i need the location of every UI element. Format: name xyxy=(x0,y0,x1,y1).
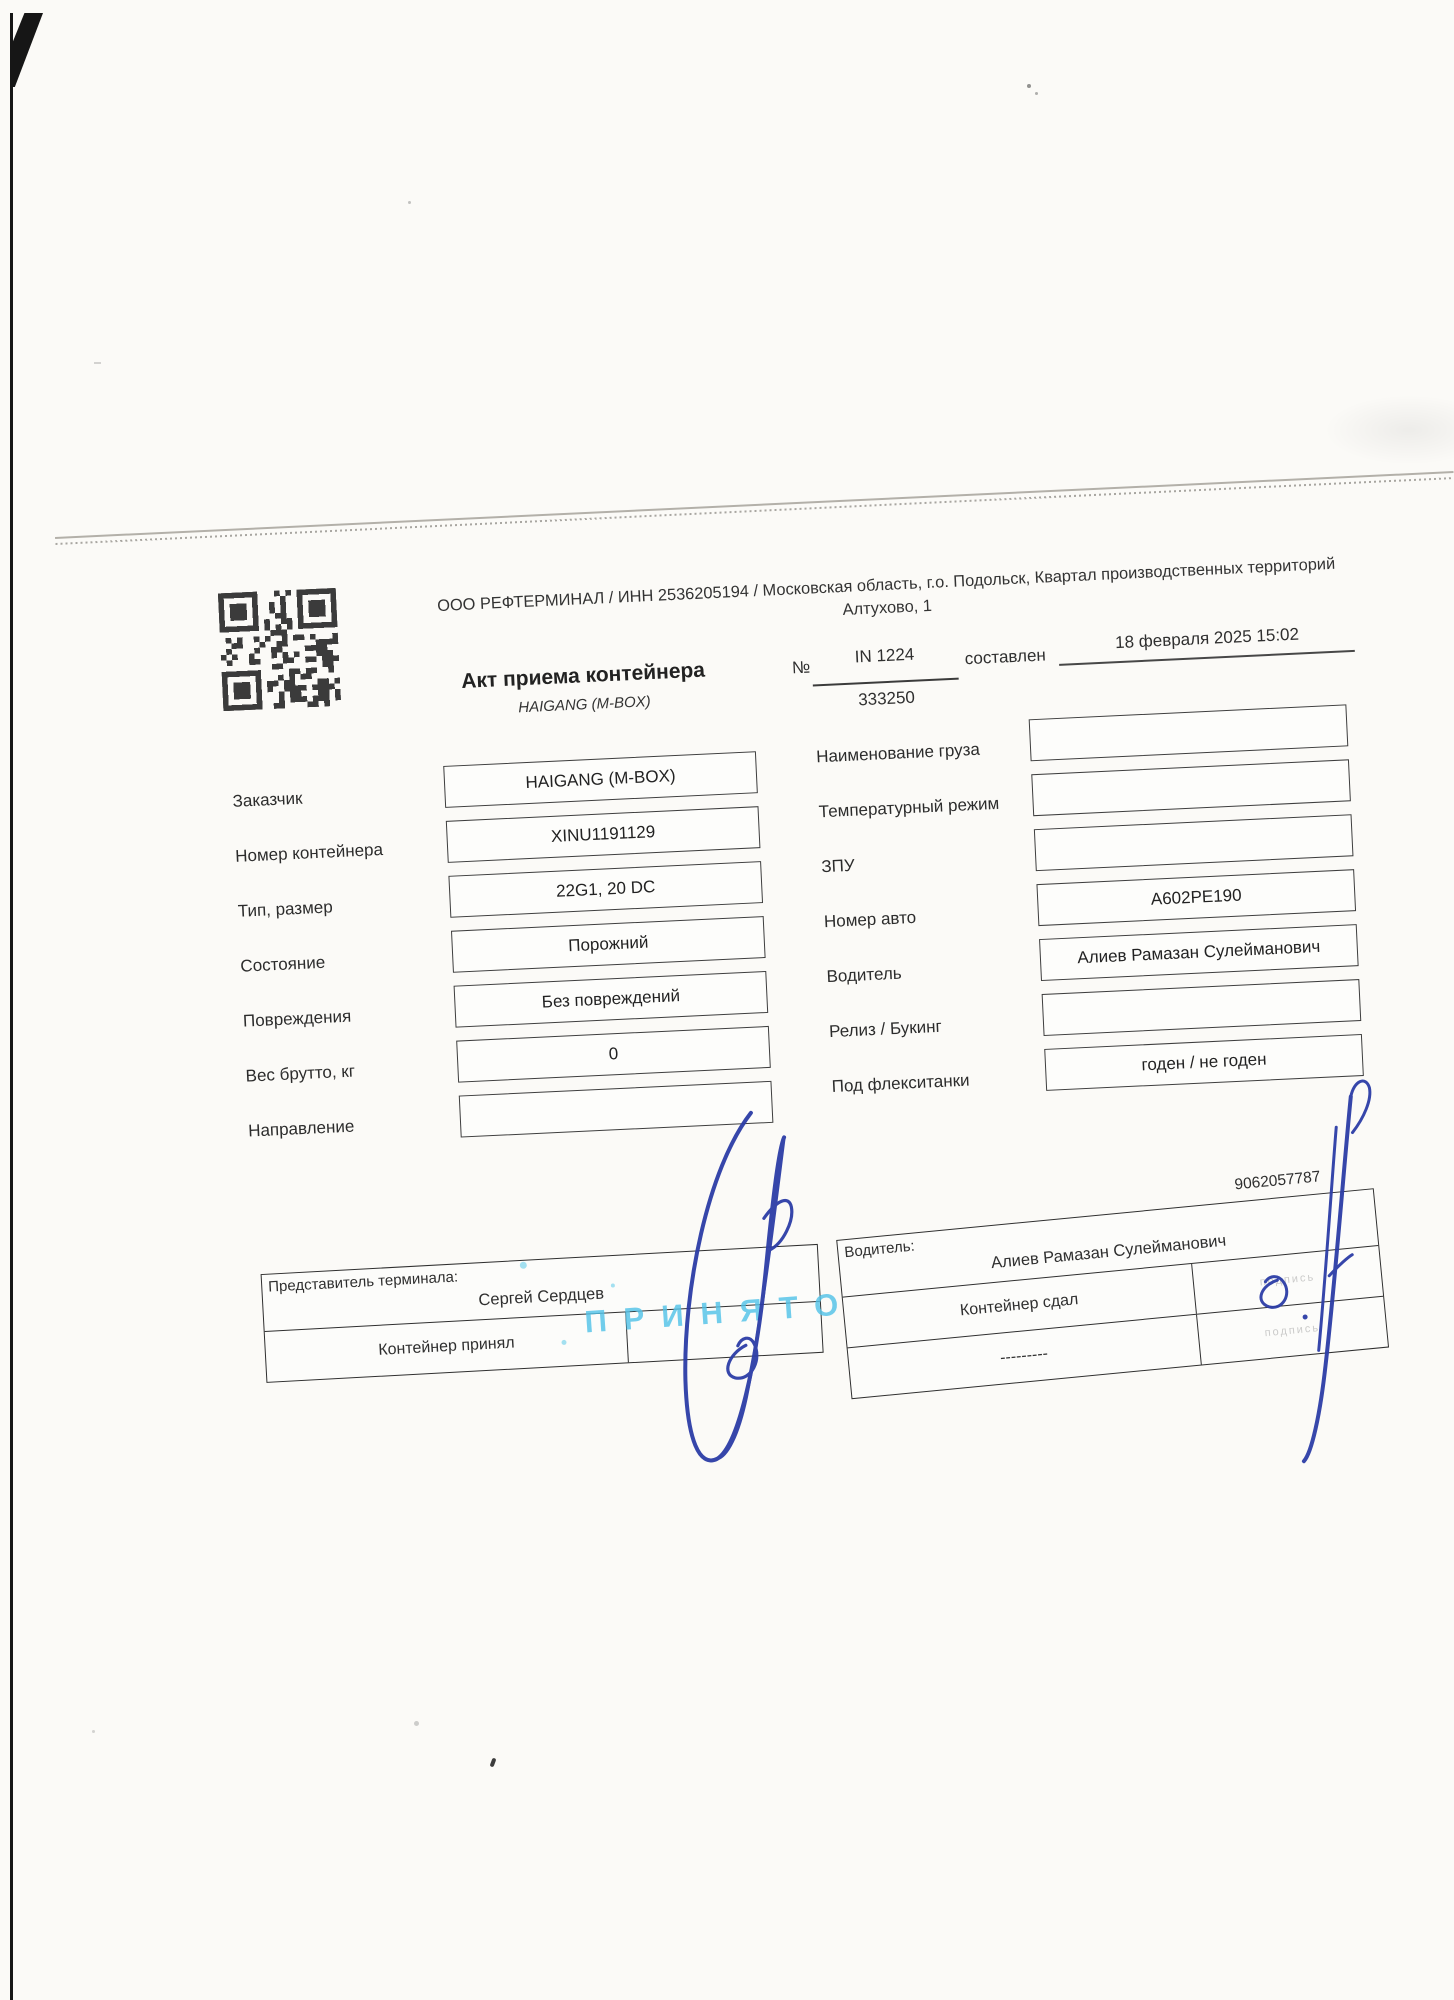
field-label-temperature-mode: Температурный режим xyxy=(818,794,999,822)
field-label-direction: Направление xyxy=(248,1117,355,1142)
title-block: Акт приема контейнера HAIGANG (M-BOX) xyxy=(392,655,776,722)
field-value-driver: Алиев Рамазан Сулейманович xyxy=(1039,924,1359,981)
field-value-seal xyxy=(1034,814,1354,871)
field-value-direction xyxy=(459,1081,774,1138)
signature-stroke xyxy=(1350,1081,1372,1133)
field-value-condition: Порожний xyxy=(451,916,766,973)
scan-speck xyxy=(490,1758,497,1768)
field-value-gross-weight: 0 xyxy=(456,1026,771,1083)
field-label-truck-number: Номер авто xyxy=(824,908,917,932)
field-value-flexitank: годен / не годен xyxy=(1044,1034,1364,1091)
field-value-damages: Без повреждений xyxy=(454,971,769,1028)
field-label-driver: Водитель xyxy=(826,964,902,988)
field-value-temperature-mode xyxy=(1031,759,1351,816)
field-label-type-size: Тип, размер xyxy=(237,897,333,921)
field-label-cargo-name: Наименование груза xyxy=(816,740,981,768)
field-label-flexitank: Под флекситанки xyxy=(831,1071,970,1097)
qr-code xyxy=(218,588,341,711)
field-label-gross-weight: Вес брутто, кг xyxy=(245,1061,355,1086)
field-value-cargo-name xyxy=(1029,704,1349,761)
number-top: IN 1224 xyxy=(819,643,950,669)
field-value-customer: HAIGANG (M-BOX) xyxy=(443,751,758,808)
signature-stroke xyxy=(763,1200,793,1250)
field-label-customer: Заказчик xyxy=(232,789,303,812)
scan-speck xyxy=(94,362,101,364)
field-label-damages: Повреждения xyxy=(243,1007,352,1032)
scanned-document-page: { "doc": { "header_line1": "ООО РЕФТЕРМИ… xyxy=(0,0,1454,2000)
field-value-container-number: XINU1191129 xyxy=(446,806,761,863)
scan-speck xyxy=(414,1721,419,1726)
document-sheet: ООО РЕФТЕРМИНАЛ / ИНН 2536205194 / Моско… xyxy=(55,471,1454,1598)
driver-signature-block: 9062057787 Водитель: Алиев Рамазан Сулей… xyxy=(834,1163,1389,1399)
composed-label: составлен xyxy=(964,645,1046,669)
scan-shadow xyxy=(1324,395,1454,465)
signature-placeholder: подпись xyxy=(1264,1322,1320,1339)
number-bottom: 333250 xyxy=(821,686,952,712)
scan-speck xyxy=(1027,84,1031,88)
field-value-truck-number: A602PE190 xyxy=(1036,869,1356,926)
qr-code-image xyxy=(218,588,341,711)
scan-speck xyxy=(92,1730,95,1733)
field-label-container-number: Номер контейнера xyxy=(235,840,384,867)
field-value-type-size: 22G1, 20 DC xyxy=(448,861,763,918)
scanner-edge-mark xyxy=(11,13,43,87)
scanner-edge-line xyxy=(10,13,13,2000)
signature-placeholder: подпись xyxy=(1259,1271,1315,1288)
composed-date: 18 февраля 2025 15:02 xyxy=(1066,622,1349,655)
field-label-condition: Состояние xyxy=(240,953,326,977)
field-value-release-booking xyxy=(1042,979,1362,1036)
driver-block-title: Водитель: xyxy=(844,1238,916,1262)
field-label-release-booking: Релиз / Букинг xyxy=(829,1017,942,1042)
field-label-seal: ЗПУ xyxy=(821,856,855,878)
number-label: № xyxy=(792,658,811,679)
scan-speck xyxy=(1035,92,1038,95)
scan-speck xyxy=(408,201,411,204)
perforation-line xyxy=(55,477,1452,545)
terminal-block-title: Представитель терминала: xyxy=(268,1268,459,1295)
number-divider xyxy=(813,678,959,687)
